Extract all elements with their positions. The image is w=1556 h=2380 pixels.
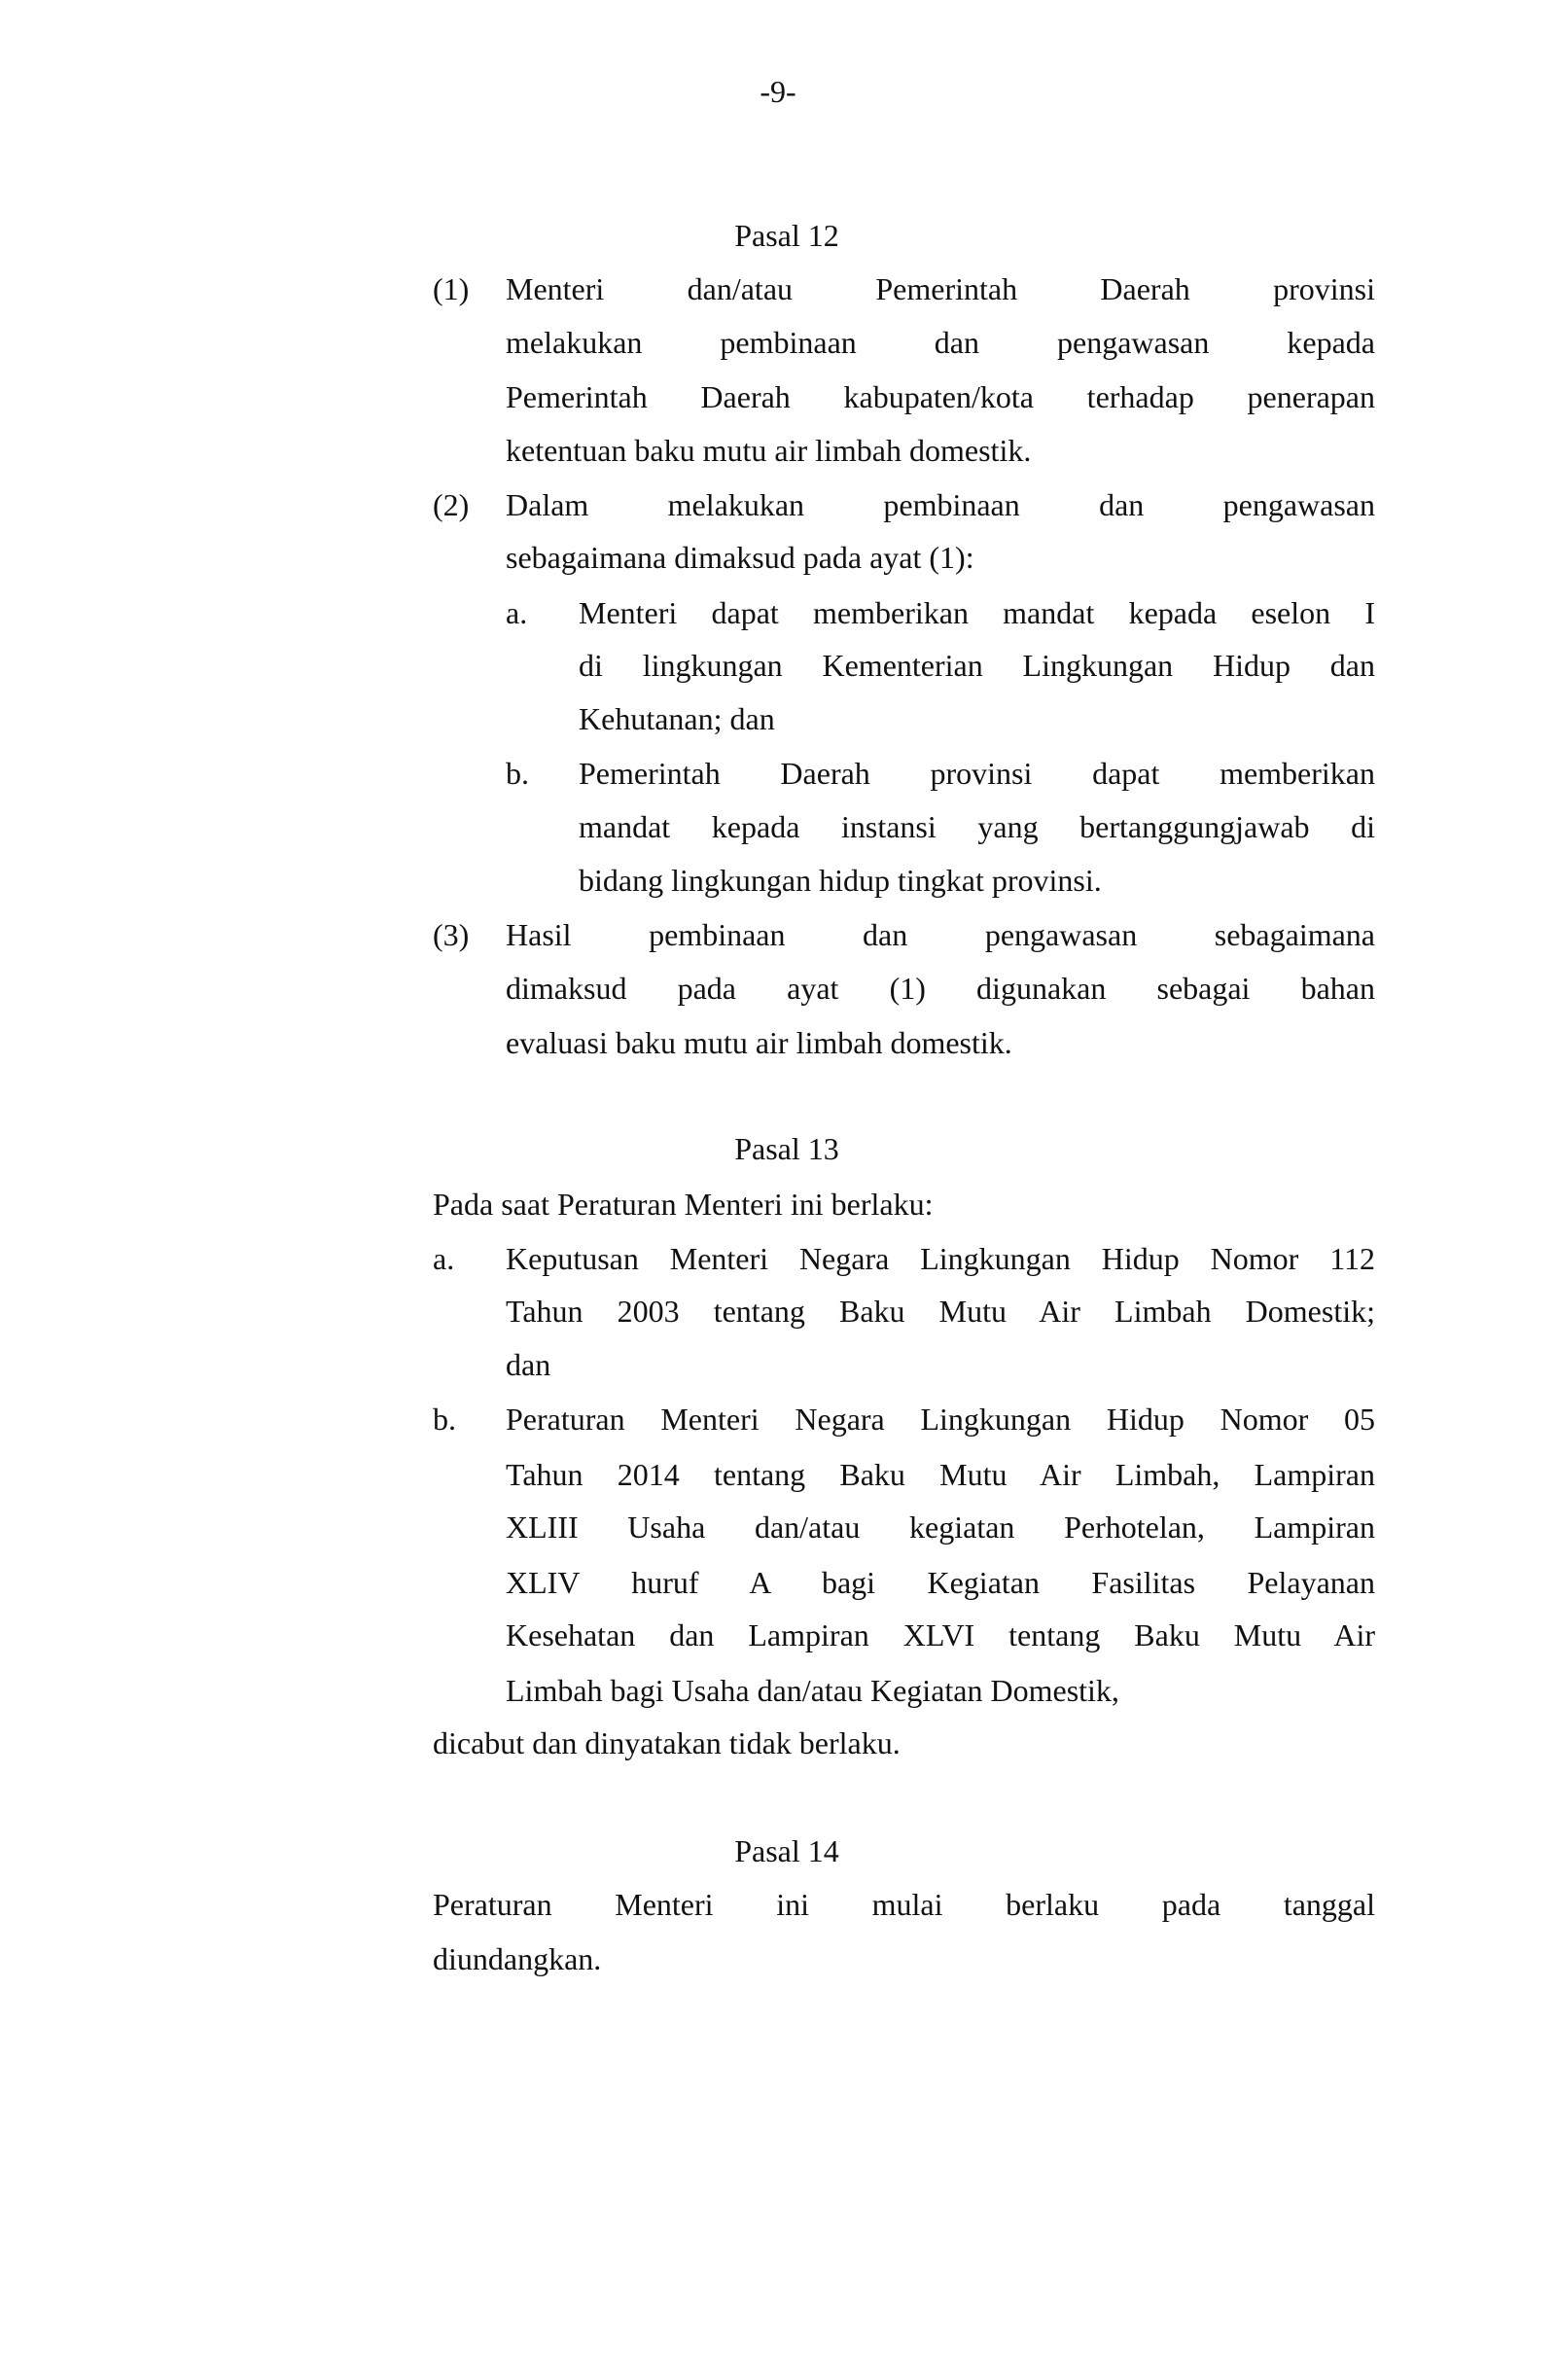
ayat-2-item-b-line: Pemerintah Daerah provinsi dapat memberi…: [579, 754, 1375, 793]
ayat-3-line: Hasil pembinaan dan pengawasan sebagaima…: [506, 915, 1375, 954]
ayat-2-item-a-line: Kehutanan; dan: [579, 699, 775, 738]
pasal-14-heading: Pasal 14: [681, 1831, 893, 1870]
ayat-1-number: (1): [433, 269, 469, 308]
ayat-2-item-a-line: di lingkungan Kementerian Lingkungan Hid…: [579, 646, 1375, 685]
pasal-13-item-b-line: XLIV huruf A bagi Kegiatan Fasilitas Pel…: [506, 1563, 1375, 1602]
ayat-3-number: (3): [433, 915, 469, 954]
pasal-13-intro: Pada saat Peraturan Menteri ini berlaku:: [433, 1185, 933, 1224]
ayat-2-item-a-label: a.: [506, 593, 527, 632]
ayat-2-line: Dalam melakukan pembinaan dan pengawasan: [506, 485, 1375, 524]
pasal-13-item-b-label: b.: [433, 1400, 456, 1439]
ayat-1-line: melakukan pembinaan dan pengawasan kepad…: [506, 323, 1375, 362]
pasal-13-heading: Pasal 13: [681, 1129, 893, 1168]
ayat-2-item-b-label: b.: [506, 754, 529, 793]
ayat-2-item-b-line: bidang lingkungan hidup tingkat provinsi…: [579, 861, 1102, 900]
ayat-1-line: Menteri dan/atau Pemerintah Daerah provi…: [506, 269, 1375, 308]
pasal-13-item-b-line: XLIII Usaha dan/atau kegiatan Perhotelan…: [506, 1508, 1375, 1546]
pasal-14-line: Peraturan Menteri ini mulai berlaku pada…: [433, 1885, 1375, 1924]
pasal-13-item-a-line: Keputusan Menteri Negara Lingkungan Hidu…: [506, 1239, 1375, 1278]
pasal-13-item-a-label: a.: [433, 1239, 454, 1278]
pasal-13-closing: dicabut dan dinyatakan tidak berlaku.: [433, 1723, 901, 1762]
ayat-2-item-a-line: Menteri dapat memberikan mandat kepada e…: [579, 593, 1375, 632]
pasal-13-item-a-line: Tahun 2003 tentang Baku Mutu Air Limbah …: [506, 1292, 1375, 1331]
pasal-13-item-a-line: dan: [506, 1345, 550, 1384]
page-number: -9-: [681, 72, 875, 111]
ayat-3-line: dimaksud pada ayat (1) digunakan sebagai…: [506, 969, 1375, 1008]
pasal-14-line: diundangkan.: [433, 1939, 601, 1978]
ayat-1-line: ketentuan baku mutu air limbah domestik.: [506, 431, 1031, 470]
ayat-3-line: evaluasi baku mutu air limbah domestik.: [506, 1023, 1012, 1062]
pasal-13-item-b-line: Kesehatan dan Lampiran XLVI tentang Baku…: [506, 1616, 1375, 1654]
ayat-1-line: Pemerintah Daerah kabupaten/kota terhada…: [506, 377, 1375, 416]
pasal-13-item-b-line: Tahun 2014 tentang Baku Mutu Air Limbah,…: [506, 1455, 1375, 1494]
ayat-2-item-b-line: mandat kepada instansi yang bertanggungj…: [579, 807, 1375, 846]
ayat-2-line: sebagaimana dimaksud pada ayat (1):: [506, 538, 974, 577]
pasal-12-heading: Pasal 12: [681, 216, 893, 255]
ayat-2-number: (2): [433, 485, 469, 524]
pasal-13-item-b-line: Peraturan Menteri Negara Lingkungan Hidu…: [506, 1400, 1375, 1439]
pasal-13-item-b-line: Limbah bagi Usaha dan/atau Kegiatan Dome…: [506, 1671, 1119, 1710]
